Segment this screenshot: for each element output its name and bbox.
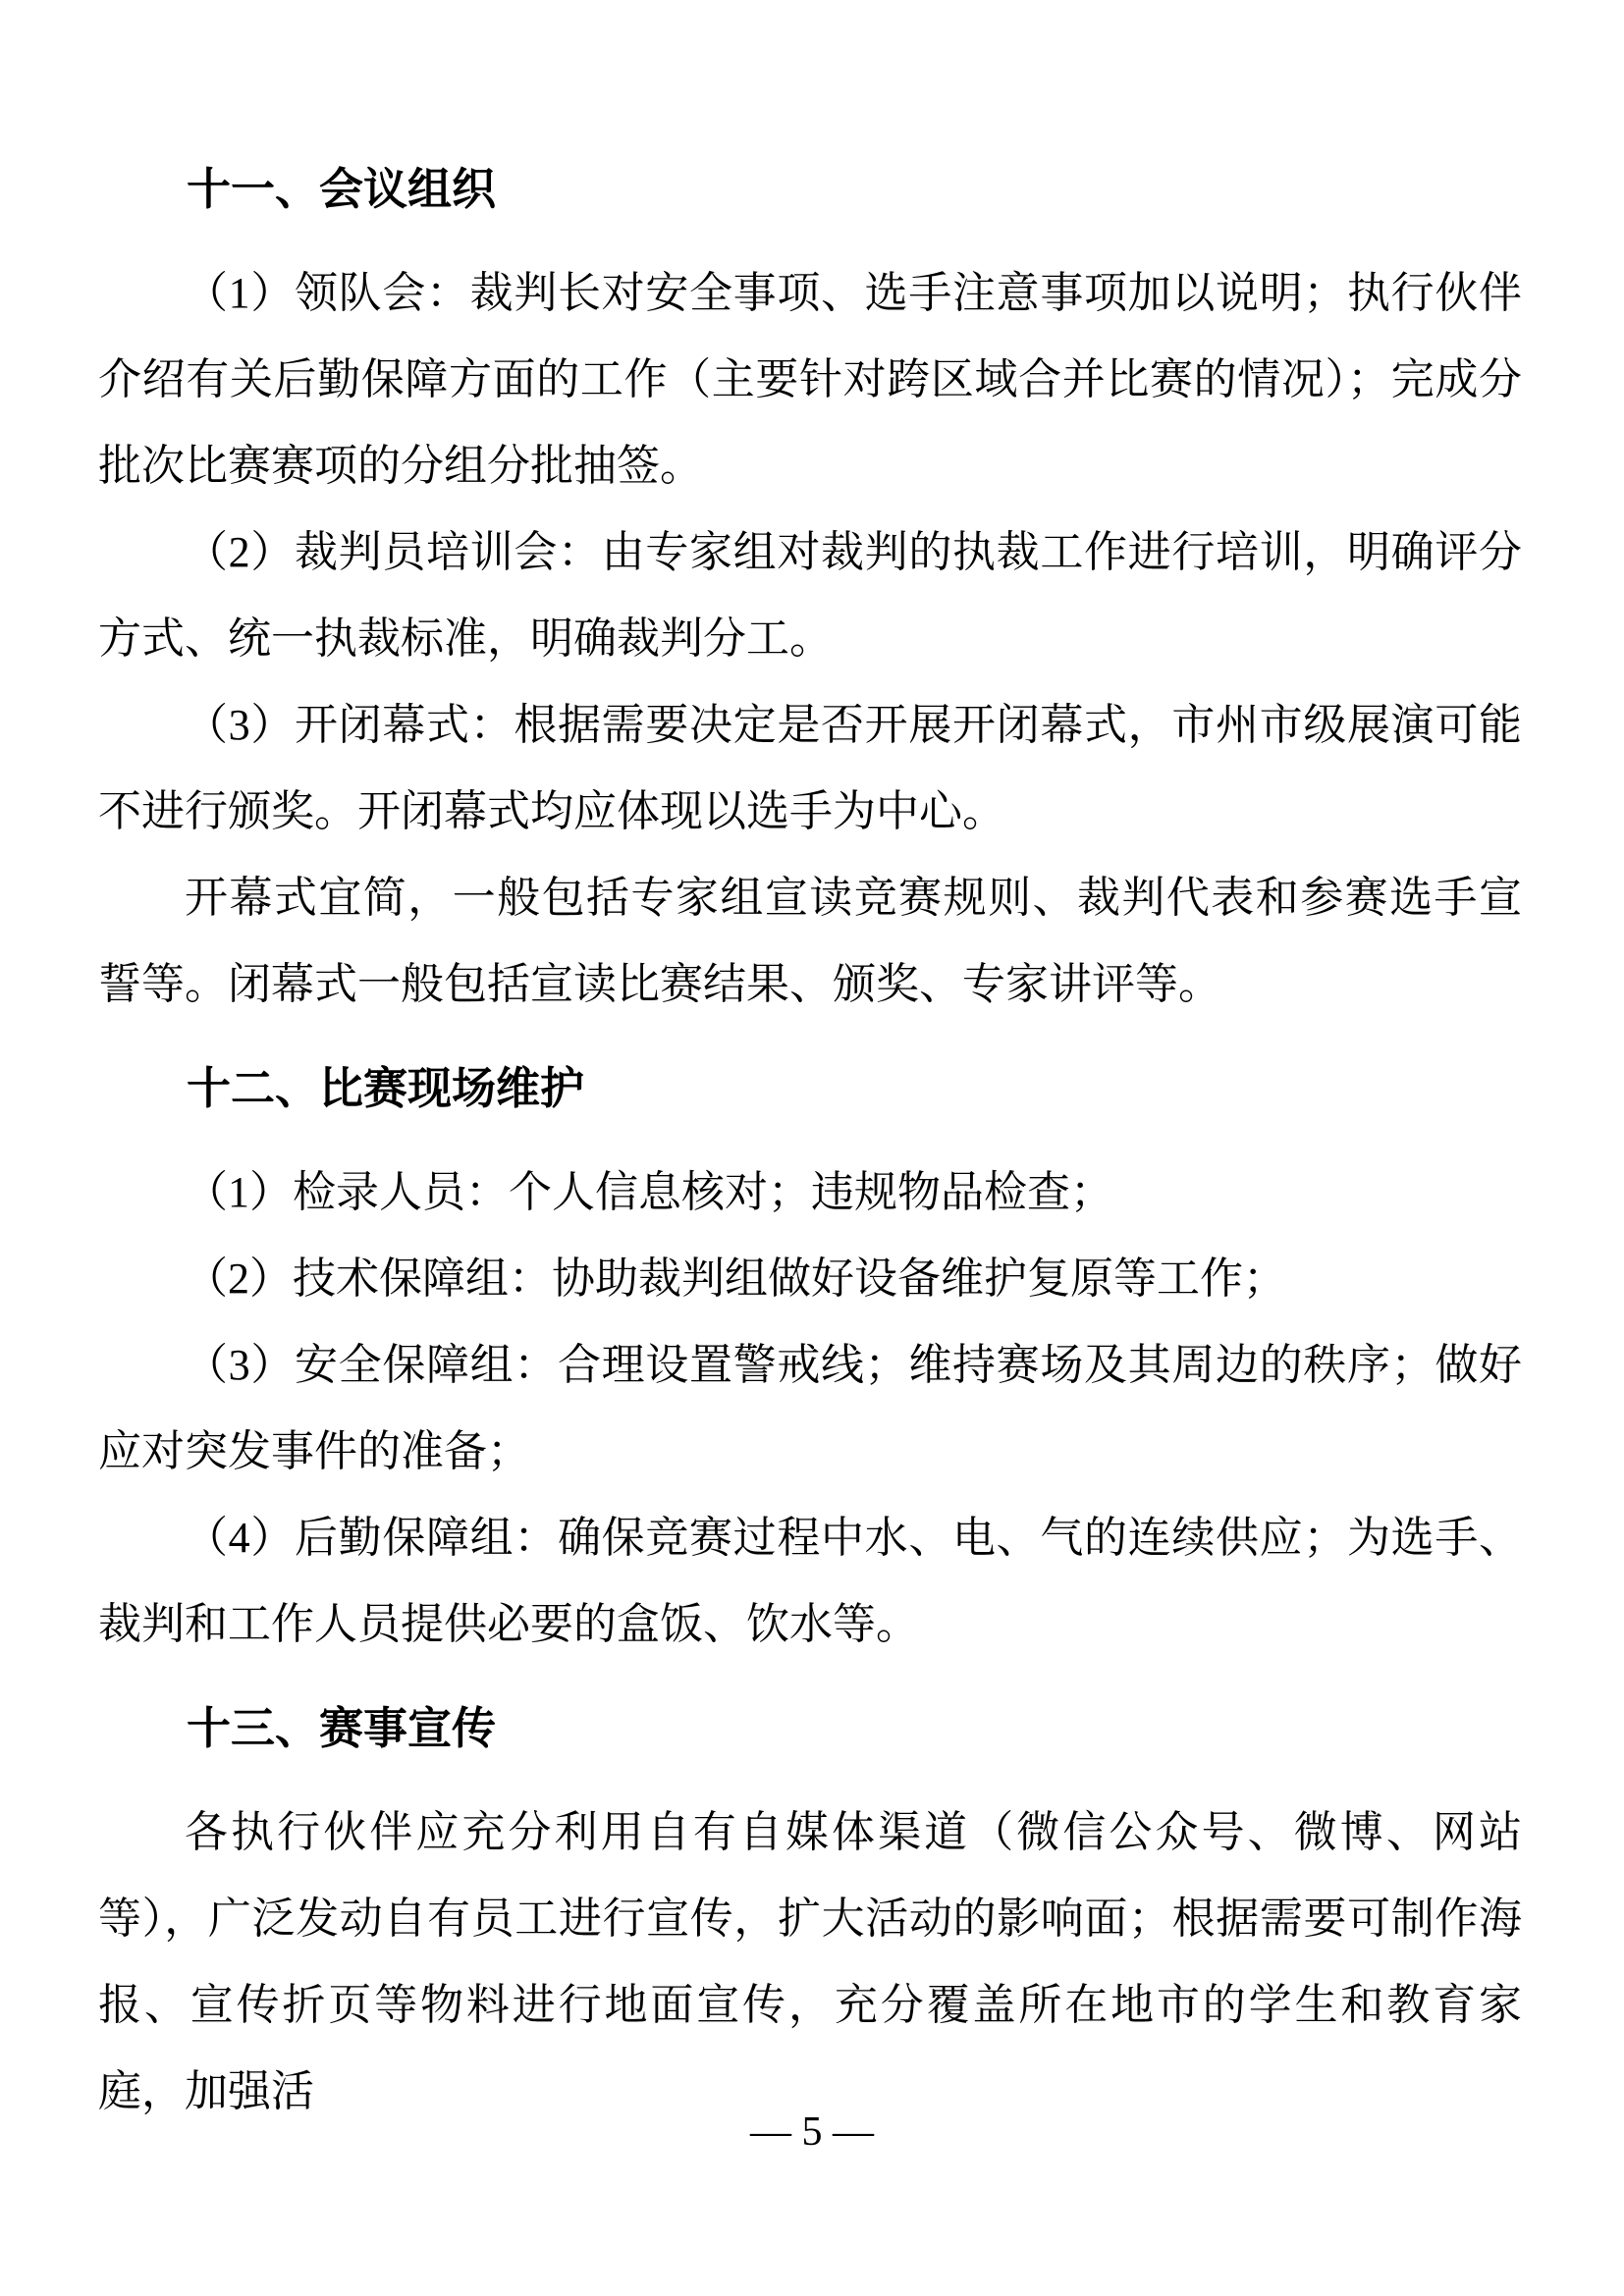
paragraph: （2）技术保障组：协助裁判组做好设备维护复原等工作；: [98, 1236, 1522, 1322]
paragraph: （1）检录人员：个人信息核对；违规物品检查；: [98, 1149, 1522, 1236]
page-number: — 5 —: [0, 2107, 1624, 2158]
paragraph: 开幕式宜简，一般包括专家组宣读竞赛规则、裁判代表和参赛选手宣誓等。闭幕式一般包括…: [98, 855, 1522, 1028]
paragraph: （3）开闭幕式：根据需要决定是否开展开闭幕式，市州市级展演可能不进行颁奖。开闭幕…: [98, 682, 1522, 855]
paragraph: （1）领队会：裁判长对安全事项、选手注意事项加以说明；执行伙伴介绍有关后勤保障方…: [98, 250, 1522, 509]
paragraph: （4）后勤保障组：确保竞赛过程中水、电、气的连续供应；为选手、裁判和工作人员提供…: [98, 1495, 1522, 1668]
section-meeting-organization: 十一、会议组织 （1）领队会：裁判长对安全事项、选手注意事项加以说明；执行伙伴介…: [98, 146, 1522, 1028]
section-heading: 十二、比赛现场维护: [98, 1045, 1522, 1132]
section-heading: 十一、会议组织: [98, 146, 1522, 233]
section-heading: 十三、赛事宣传: [98, 1685, 1522, 1772]
document-body: 十一、会议组织 （1）领队会：裁判长对安全事项、选手注意事项加以说明；执行伙伴介…: [98, 0, 1522, 2135]
paragraph: （3）安全保障组：合理设置警戒线；维持赛场及其周边的秩序；做好应对突发事件的准备…: [98, 1322, 1522, 1495]
section-venue-maintenance: 十二、比赛现场维护 （1）检录人员：个人信息核对；违规物品检查； （2）技术保障…: [98, 1045, 1522, 1668]
section-event-publicity: 十三、赛事宣传 各执行伙伴应充分利用自有自媒体渠道（微信公众号、微博、网站等），…: [98, 1685, 1522, 2135]
paragraph: 各执行伙伴应充分利用自有自媒体渠道（微信公众号、微博、网站等），广泛发动自有员工…: [98, 1789, 1522, 2135]
paragraph: （2）裁判员培训会：由专家组对裁判的执裁工作进行培训，明确评分方式、统一执裁标准…: [98, 509, 1522, 682]
document-page: 十一、会议组织 （1）领队会：裁判长对安全事项、选手注意事项加以说明；执行伙伴介…: [0, 0, 1624, 2296]
